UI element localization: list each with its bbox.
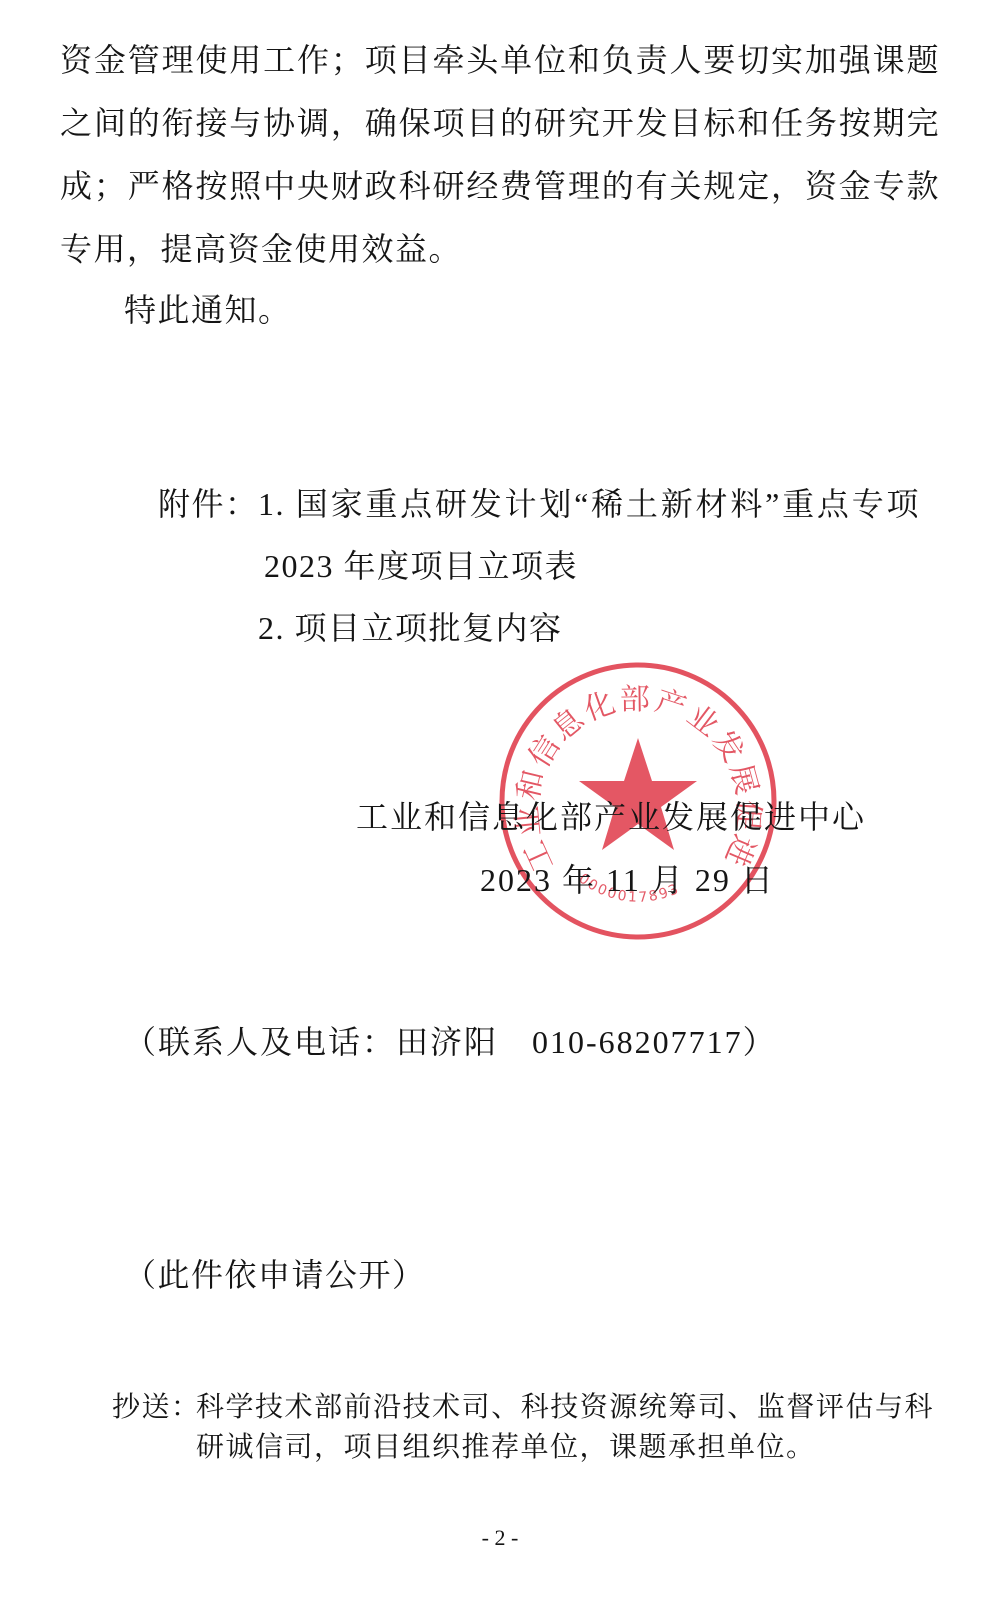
cc-label: 抄送： [112,1390,201,1424]
attachments-label: 附件： [158,484,259,524]
attachment-item-2: 2. 项目立项批复内容 [258,608,563,648]
signature-date: 2023 年 11 月 29 日 [480,860,775,900]
disclosure-note: （此件依申请公开） [124,1255,426,1295]
body-paragraph-line-1: 资金管理使用工作；项目牵头单位和负责人要切实加强课题 [60,40,940,80]
body-paragraph-line-3: 成；严格按照中央财政科研经费管理的有关规定，资金专款 [60,166,940,206]
document-page: 资金管理使用工作；项目牵头单位和负责人要切实加强课题 之间的衔接与协调，确保项目… [0,0,1000,1600]
signature-organization: 工业和信息化部产业发展促进中心 [356,797,866,837]
cc-line-2: 研诚信司，项目组织推荐单位，课题承担单位。 [196,1430,816,1464]
body-paragraph-line-2: 之间的衔接与协调，确保项目的研究开发目标和任务按期完 [60,103,940,143]
cc-line-1: 科学技术部前沿技术司、科技资源统筹司、监督评估与科 [196,1390,934,1424]
attachment-item-1-line-2: 2023 年度项目立项表 [264,546,578,586]
attachment-item-1-line-1: 1. 国家重点研发计划“稀土新材料”重点专项 [258,484,920,524]
page-number: - 2 - [0,1525,1000,1551]
closing-text: 特此通知。 [124,290,292,330]
contact-info: （联系人及电话：田济阳 010-68207717） [124,1022,777,1062]
body-paragraph-line-4: 专用，提高资金使用效益。 [60,229,462,269]
